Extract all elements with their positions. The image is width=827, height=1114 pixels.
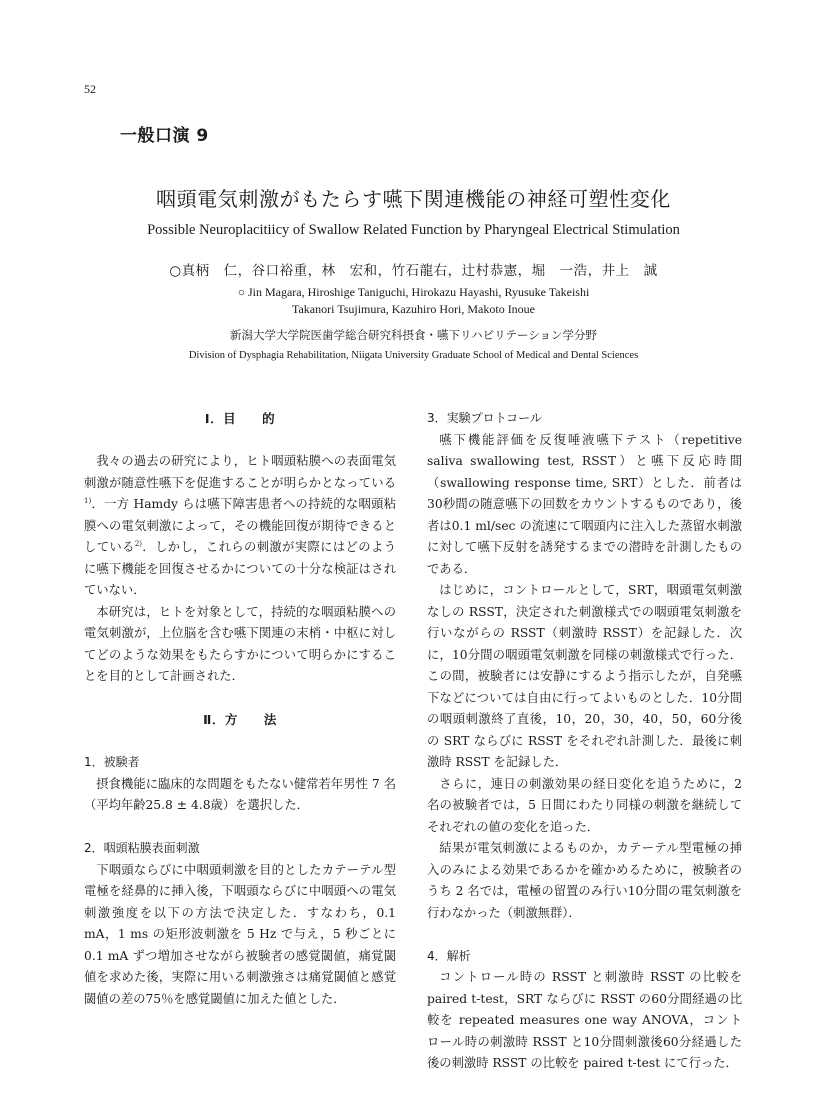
subsection-title-subjects: 1．被験者 — [84, 752, 396, 774]
section-heading-methods: Ⅱ．方 法 — [84, 709, 396, 731]
authors-japanese: ○真柄 仁，谷口裕重，林 宏和，竹石龍右，辻村恭憲，堀 一浩，井上 誠 — [0, 259, 827, 279]
authors-english-line1: ○ Jin Magara, Hiroshige Taniguchi, Hirok… — [0, 284, 827, 301]
title-japanese: 咽頭電気刺激がもたらす嚥下関連機能の神経可塑性変化 — [0, 183, 827, 212]
title-english: Possible Neuroplacitiicy of Swallow Rela… — [0, 222, 827, 239]
subsection-title-protocol: 3．実験プロトコール — [427, 408, 742, 430]
right-column: 3．実験プロトコール 嚥下機能評価を反復唾液嚥下テスト（repetitive s… — [427, 408, 742, 1075]
stimulation-paragraph: 下咽頭ならびに中咽頭刺激を目的としたカテーテル型電極を経鼻的に挿入後，下咽頭なら… — [84, 860, 396, 1011]
protocol-paragraph-4: 結果が電気刺激によるものか，カテーテル型電極の挿入のみによる効果であるかを確かめ… — [427, 838, 742, 924]
purpose-paragraph-2: 本研究は，ヒトを対象として，持続的な咽頭粘膜への電気刺激が，上位脳を含む嚥下関連… — [84, 602, 396, 688]
left-column: Ⅰ．目 的 我々の過去の研究により，ヒト咽頭粘膜への表面電気刺激が随意性嚥下を促… — [84, 408, 396, 1010]
analysis-paragraph: コントロール時の RSST と刺激時 RSST の比較を paired t-te… — [427, 967, 742, 1075]
affiliation-english: Division of Dysphagia Rehabilitation, Ni… — [0, 350, 827, 361]
text-span: 我々の過去の研究により，ヒト咽頭粘膜への表面電気刺激が随意性嚥下を促進することが… — [84, 454, 396, 490]
subsection-title-stimulation: 2．咽頭粘膜表面刺激 — [84, 838, 396, 860]
protocol-paragraph-2: はじめに，コントロールとして，SRT，咽頭電気刺激なしの RSST，決定された刺… — [427, 580, 742, 774]
affiliation-japanese: 新潟大学大学院医歯学総合研究科摂食・嚥下リハビリテーション学分野 — [0, 327, 827, 343]
section-heading-purpose: Ⅰ．目 的 — [84, 408, 396, 430]
subjects-paragraph: 摂食機能に臨床的な問題をもたない健常若年男性 7 名（平均年齢25.8 ± 4.… — [84, 774, 396, 817]
protocol-paragraph-3: さらに，連日の刺激効果の経日変化を追うために，2 名の被験者では，5 日間にわた… — [427, 774, 742, 839]
page-number: 52 — [84, 82, 96, 97]
reference-2: 2) — [135, 540, 142, 548]
session-label: 一般口演 9 — [120, 121, 209, 146]
purpose-paragraph-1: 我々の過去の研究により，ヒト咽頭粘膜への表面電気刺激が随意性嚥下を促進することが… — [84, 451, 396, 602]
authors-english-line2: Takanori Tsujimura, Kazuhiro Hori, Makot… — [0, 301, 827, 318]
subsection-title-analysis: 4．解析 — [427, 946, 742, 968]
authors-english: ○ Jin Magara, Hiroshige Taniguchi, Hirok… — [0, 284, 827, 318]
protocol-paragraph-1: 嚥下機能評価を反復唾液嚥下テスト（repetitive saliva swall… — [427, 430, 742, 581]
